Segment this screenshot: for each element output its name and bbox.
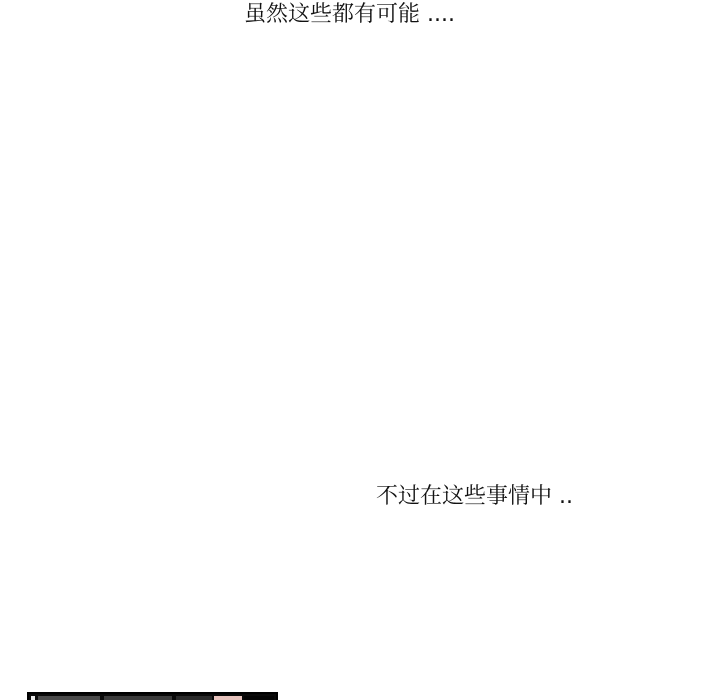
panel-segment-gray (38, 696, 100, 700)
caption-text-top: 虽然这些都有可能 .... (244, 1, 455, 29)
caption-text-middle: 不过在这些事情中 .. (376, 483, 573, 511)
panel-segment-gray (104, 696, 172, 700)
panel-segment-black (244, 696, 274, 700)
panel-segment-skin (214, 696, 242, 700)
panel-segment-light (31, 696, 35, 700)
comic-panel-fragment (27, 692, 278, 700)
panel-segment-dark (176, 696, 212, 700)
